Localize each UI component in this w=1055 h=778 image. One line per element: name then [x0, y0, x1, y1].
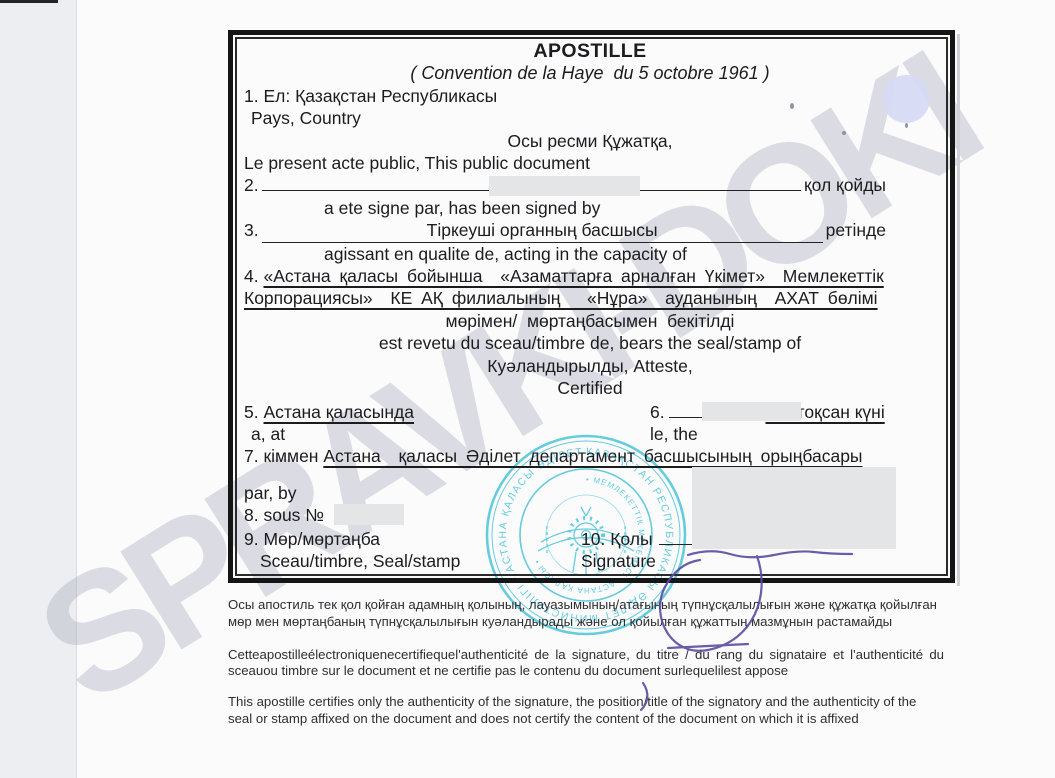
redaction-box-6 [702, 402, 801, 421]
field-7-official: 7. кіммен Астана қаласы Әділет департаме… [244, 445, 936, 467]
field-9-label-fr-en: Sceau/timbre, Seal/stamp [244, 550, 460, 572]
field-10-label-en: Signature [555, 550, 936, 572]
field-4-number: 4. [244, 266, 259, 286]
intro-kk: Осы ресми Құжатқа, [244, 130, 936, 152]
apostille-subtitle: ( Convention de la Haye du 5 octobre 196… [244, 62, 936, 84]
disclaimer-english: This apostille certifies only the authen… [228, 694, 944, 728]
field-3-capacity: 3. Тіркеуші органның басшысы ретінде [244, 219, 886, 242]
field-5-value: Астана қаласында [263, 402, 414, 422]
field-5-number: 5. [244, 402, 259, 422]
scan-border-shadow [957, 34, 960, 586]
field-6-label: le, the [582, 423, 912, 445]
field-2-suffix-kk: қол қойды [804, 174, 886, 196]
disclaimer-french: Cetteapostilleélectroniquenecertifiequel… [228, 647, 944, 681]
intro-fr-en: Le present acte public, This public docu… [244, 152, 936, 174]
field-9-seal-kk: 9. Мөр/мөртаңба [244, 528, 380, 550]
fields-9-10-labels: Sceau/timbre, Seal/stamp Signature [244, 550, 936, 572]
scan-edge-artifact [0, 0, 58, 3]
apostille-disclaimer: Осы апостиль тек қол қойған адамның қолы… [228, 597, 944, 728]
field-5-label: a, at [244, 423, 285, 445]
certified-en: Certified [244, 377, 936, 399]
field-4-seal-fr-en: est revetu du sceau/timbre de, bears the… [244, 332, 936, 354]
fields-5-6-row: 5. Астана қаласында 6. желтоқсан күні [244, 400, 936, 423]
field-4-authority: 4. «Астана қаласы бойынша «Азаматтарға а… [244, 265, 936, 287]
field-1-country-kk: 1. Ел: Қазақстан Республикасы [244, 85, 936, 107]
field-7-value: Астана қаласы Әділет департамент басшысы… [323, 446, 862, 466]
apostille-title: APOSTILLE [244, 40, 936, 62]
field-3-suffix-kk: ретінде [826, 219, 886, 241]
field-4-value-line1: «Астана қаласы бойынша «Азаматтарға арна… [263, 266, 883, 286]
field-3-value: Тіркеуші органның басшысы [427, 220, 658, 240]
field-3-number: 3. [244, 219, 259, 241]
field-3-blank-line: Тіркеуші органның басшысы [262, 219, 823, 242]
scan-left-margin [0, 0, 77, 778]
fields-5-6-labels: a, at le, the [244, 423, 936, 445]
disclaimer-kazakh: Осы апостиль тек қол қойған адамның қолы… [228, 597, 944, 631]
field-4-value-line2: Корпорациясы» КЕ АҚ филиалының «Нұра» ау… [244, 287, 936, 309]
field-4-seal-kk: мөрімен/ мөртаңбасымен бекітілді [244, 310, 936, 332]
field-2-number: 2. [244, 174, 259, 196]
field-8-label: 8. sous № [244, 505, 324, 525]
field-10-label-kk: 10. Қолы [581, 529, 653, 549]
field-6-number: 6. [650, 402, 665, 422]
field-7-number: 7. кіммен [244, 446, 318, 466]
redaction-box-7-8 [692, 467, 896, 549]
field-5-place: 5. Астана қаласында [244, 401, 414, 423]
redaction-box-8 [334, 504, 404, 525]
field-1-country-label: Pays, Country [244, 107, 936, 129]
certified-kk-fr: Куәландырылды, Atteste, [244, 355, 936, 377]
field-2-label-fr-en: a ete signe par, has been signed by [244, 197, 936, 219]
redaction-box-2 [489, 176, 640, 196]
field-3-label-fr-en: agissant en qualite de, acting in the ca… [244, 243, 936, 265]
